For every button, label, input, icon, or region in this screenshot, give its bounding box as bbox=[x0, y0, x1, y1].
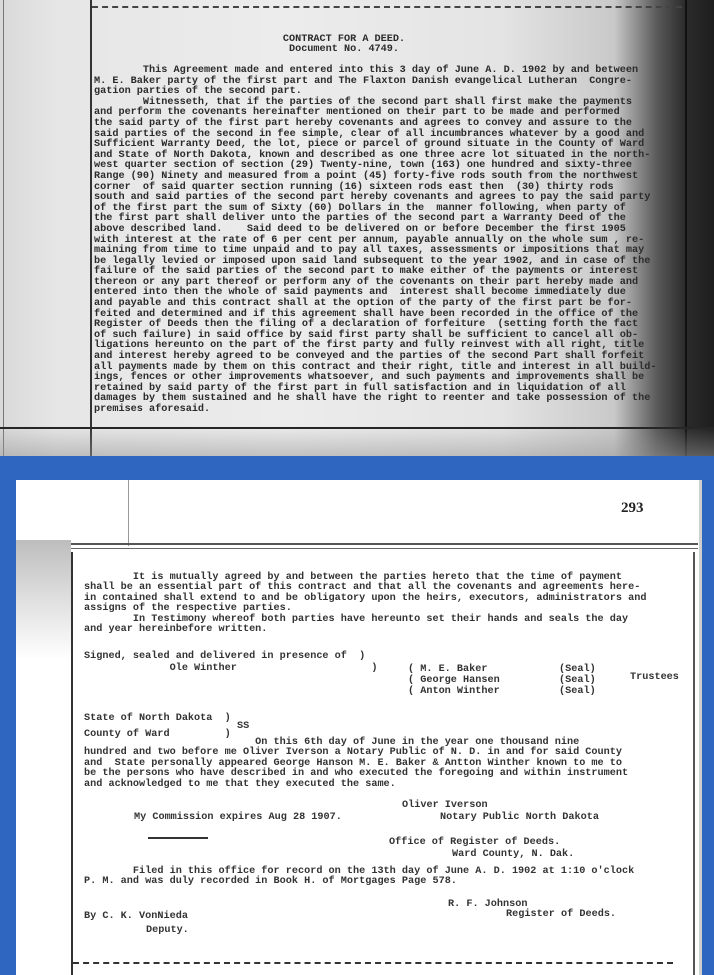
page-edge-right bbox=[699, 480, 702, 975]
margin-rule-left bbox=[90, 0, 92, 456]
bottom-dashed-rule bbox=[73, 962, 673, 964]
top-dashed-rule bbox=[92, 6, 682, 8]
scanned-page-top: CONTRACT FOR A DEED. Document No. 4749. … bbox=[0, 0, 714, 456]
venue-state: State of North Dakota ) bbox=[84, 714, 702, 724]
scanned-page-bottom: 293 It is mutually agreed by and between… bbox=[16, 480, 702, 975]
scan-shadow-left bbox=[16, 540, 71, 660]
seal-1: (Seal) bbox=[559, 665, 619, 675]
witness-label: Signed, sealed and delivered in presence… bbox=[84, 652, 702, 662]
register-office-line2: Ward County, N. Dak. bbox=[452, 850, 652, 860]
page-number: 293 bbox=[621, 500, 644, 517]
filing-record-text: Filed in this office for record on the 1… bbox=[84, 867, 702, 888]
venue-ss: SS bbox=[237, 722, 277, 732]
notary-name: Oliver Iverson bbox=[402, 801, 602, 811]
notary-title: Notary Public North Dakota bbox=[440, 813, 660, 823]
trustees-label: Trustees bbox=[630, 673, 702, 683]
header-fold-line bbox=[128, 480, 129, 546]
header-double-rule bbox=[16, 543, 698, 549]
deputy-title: Deputy. bbox=[146, 926, 246, 936]
deputy-name: By C. K. VonNieda bbox=[84, 912, 702, 922]
notary-commission: My Commission expires Aug 28 1907. bbox=[134, 813, 394, 823]
signer-name-3: ( Anton Winther bbox=[408, 687, 558, 697]
register-office-line1: Office of Register of Deeds. bbox=[389, 838, 629, 848]
agreement-clause-text: It is mutually agreed by and between the… bbox=[84, 573, 702, 635]
contract-body-text: This Agreement made and entered into thi… bbox=[94, 66, 684, 416]
signature-rule bbox=[148, 837, 208, 839]
document-number: Document No. 4749. bbox=[94, 44, 594, 55]
page-edge-line bbox=[3, 0, 4, 456]
margin-rule-right bbox=[685, 0, 687, 456]
signer-name-1: ( M. E. Baker bbox=[408, 665, 558, 675]
seal-3: (Seal) bbox=[559, 687, 619, 697]
seal-2: (Seal) bbox=[559, 676, 619, 686]
signer-name-2: ( George Hansen bbox=[408, 676, 558, 686]
acknowledgment-text: On this 6th day of June in the year one … bbox=[84, 738, 702, 790]
scan-shadow bbox=[0, 426, 714, 456]
